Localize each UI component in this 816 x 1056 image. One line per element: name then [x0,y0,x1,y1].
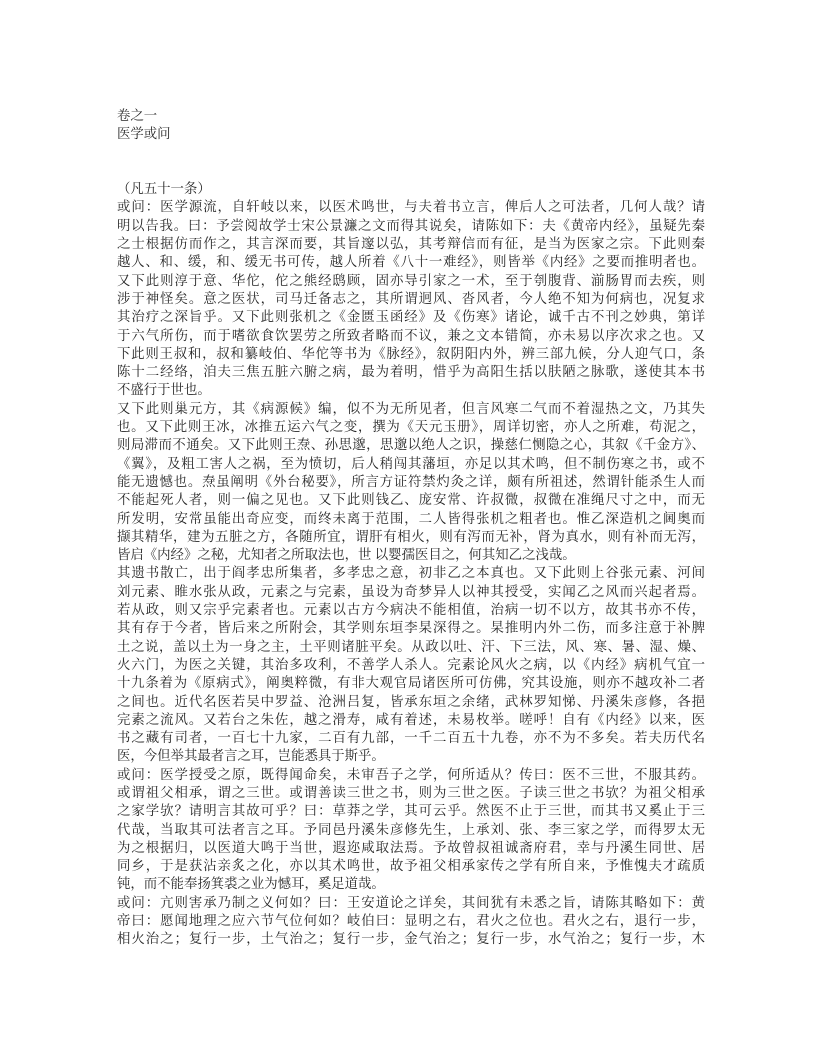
text-line: 土之说，盖以土为一身之主，土平则诸脏平矣。从政以吐、汗、下三法，风、寒、暑、湿、… [117,638,705,656]
text-line: 之间也。近代名医若吴中罗益、沧洲吕复，皆承东垣之余绪，武林罗知悌、丹溪朱彦修，各… [117,693,705,711]
text-line: 其遗书散亡，出于阎孝忠所集者，多孝忠之意，初非乙之本真也。又下此则上谷张元素、河… [117,564,705,582]
volume-title: 卷之一 [117,107,705,125]
text-line: 刘元素、睢水张从政，元素之与完素，虽设为奇梦异人以神其授受，实闻乙之风而兴起者焉… [117,583,705,601]
document-page: 卷之一医学或问（凡五十一条）或问：医学源流，自轩岐以来，以医术鸣世，与夫着书立言… [0,0,816,1056]
text-line: 或谓祖父相承，谓之三世。或谓善读三世之书，则为三世之医。子读三世之书欤？为祖父相… [117,784,705,802]
text-line: 于六气所伤，而于嗜欲食饮罢劳之所致者略而不议，兼之文本错简，亦未易以序次求之也。… [117,327,705,345]
text-line: 下此则王叔和，叔和纂岐伯、华佗等书为《脉经》，叙阴阳内外，辨三部九候，分人迎气口… [117,345,705,363]
text-line: 或问：亢则害承乃制之义何如？曰：王安道论之详矣，其间犹有未悉之旨，请陈其略如下：… [117,894,705,912]
text-line: 越人、和、缓，和、缓无书可传，越人所着《八十一难经》，则皆举《内经》之要而推明者… [117,253,705,271]
text-line: 或问：医学授受之原，既得闻命矣，未审吾子之学，何所适从？传曰：医不三世，不服其药… [117,766,705,784]
text-line: 为之根据归，以医道大鸣于当世，遐迩咸取法焉。予故曾叔祖诚斋府君，幸与丹溪生同世、… [117,839,705,857]
text-line: 代哉，当取其可法者言之耳。予同邑丹溪朱彦修先生，上承刘、张、李三家之学，而得罗太… [117,821,705,839]
text-line: 若从政，则又宗乎完素者也。元素以古方今病决不能相值，治病一切不以方，故其书亦不传… [117,601,705,619]
text-line: 完素之流风。又若台之朱佐，越之滑寿，咸有着述，未易枚举。嗟呼！自有《内经》以来，… [117,711,705,729]
text-line: 《翼》，及粗工害人之祸，至为愤切，后人稍闯其藩垣，亦足以其术鸣，但不制伤寒之书，… [117,455,705,473]
text-line: 其有存于今者，皆后来之所附会，其学则东垣李杲深得之。杲推明内外二伤，而多注意于补… [117,619,705,637]
text-line: 则局滞而不通矣。又下此则王焘、孙思邈，思邈以绝人之识，操慈仁恻隐之心，其叙《千金… [117,436,705,454]
text-line: 又下此则巢元方，其《病源候》编，似不为无所见者，但言风寒二气而不着湿热之文，乃其… [117,400,705,418]
text-line: 火六门，为医之关键，其治多攻利，不善学人杀人。完素论风火之病，以《内经》病机气宜… [117,656,705,674]
text-line: 书之藏有司者，一百七十九家，二百有九部，一千二百五十九卷，亦不为不多矣。若夫历代… [117,729,705,747]
blank-line [117,162,705,180]
document-body: 卷之一医学或问（凡五十一条）或问：医学源流，自轩岐以来，以医术鸣世，与夫着书立言… [117,107,705,949]
text-line: 之家学欤？请明言其故可乎？曰：草莽之学，其可云乎。然医不止于三世，而其书又奚止于… [117,802,705,820]
text-line: 明以告我。曰：予尝阅故学士宋公景濂之文而得其说矣，请陈如下：夫《黄帝内经》，虽疑… [117,217,705,235]
text-line: 所发明，安常虽能出奇应变，而终未离于范围，二人皆得张机之粗者也。惟乙深造机之阃奥… [117,510,705,528]
text-line: 或问：医学源流，自轩岐以来，以医术鸣世，与夫着书立言，俾后人之可法者，几何人哉？… [117,198,705,216]
text-line: 撷其精华，建为五脏之方，各随所宜，谓肝有相火，则有泻而无补，肾为真水，则有补而无… [117,528,705,546]
text-line: 相火治之；复行一步，土气治之；复行一步，金气治之；复行一步，水气治之；复行一步，… [117,930,705,948]
text-line: 不盛行于世也。 [117,381,705,399]
text-line: 涉于神怪矣。意之医状，司马迁备志之，其所谓迥风、沓风者，今人绝不知为何病也，况复… [117,290,705,308]
text-line: 帝曰：愿闻地理之应六节气位何如？岐伯曰：显明之右，君火之位也。君火之右，退行一步… [117,912,705,930]
text-line: 皆启《内经》之秘，尤知者之所取法也，世 以婴孺医目之，何其知乙之浅哉。 [117,546,705,564]
text-line: 又下此则淳于意、华佗，佗之熊经鸱顾，固亦导引家之一术，至于刳腹背、湔肠胃而去疾，… [117,272,705,290]
count-note: （凡五十一条） [117,180,705,198]
text-line: 能无遗憾也。焘虽阐明《外台秘要》，所言方证符禁灼灸之详，颇有所祖述，然谓针能杀生… [117,473,705,491]
text-line: 其治疗之深旨乎。又下此则张机之《金匮玉函经》及《伤寒》诸论，诚千古不刊之妙典，第… [117,308,705,326]
text-line: 同乡，于是获沾亲炙之化，亦以其术鸣世，故予祖父相承家传之学有所自来，予惟愧夫才疏… [117,857,705,875]
text-line: 十九条着为《原病式》，阐奥粹微，有非大观官局诸医所可仿佛，究其设施，则亦不越攻补… [117,674,705,692]
text-line: 也。又下此则王冰，冰推五运六气之变，撰为《天元玉册》，周详切密，亦人之所难，苟泥… [117,418,705,436]
blank-line [117,144,705,162]
text-line: 之士根据仿而作之，其言深而要，其旨邃以弘，其考辩信而有征，是当为医家之宗。下此则… [117,235,705,253]
doc-title: 医学或问 [117,125,705,143]
text-line: 陈十二经络，洎夫三焦五脏六腑之病，最为着明，惜乎为高阳生括以肤陋之脉歌，遂使其本… [117,363,705,381]
text-line: 不能起死人者，则一偏之见也。又下此则钱乙、庞安常、许叔微，叔微在准绳尺寸之中，而… [117,491,705,509]
text-line: 钝，而不能奉扬箕裘之业为憾耳，奚足道哉。 [117,875,705,893]
text-line: 医，今但举其最者言之耳，岂能悉具于斯乎。 [117,747,705,765]
